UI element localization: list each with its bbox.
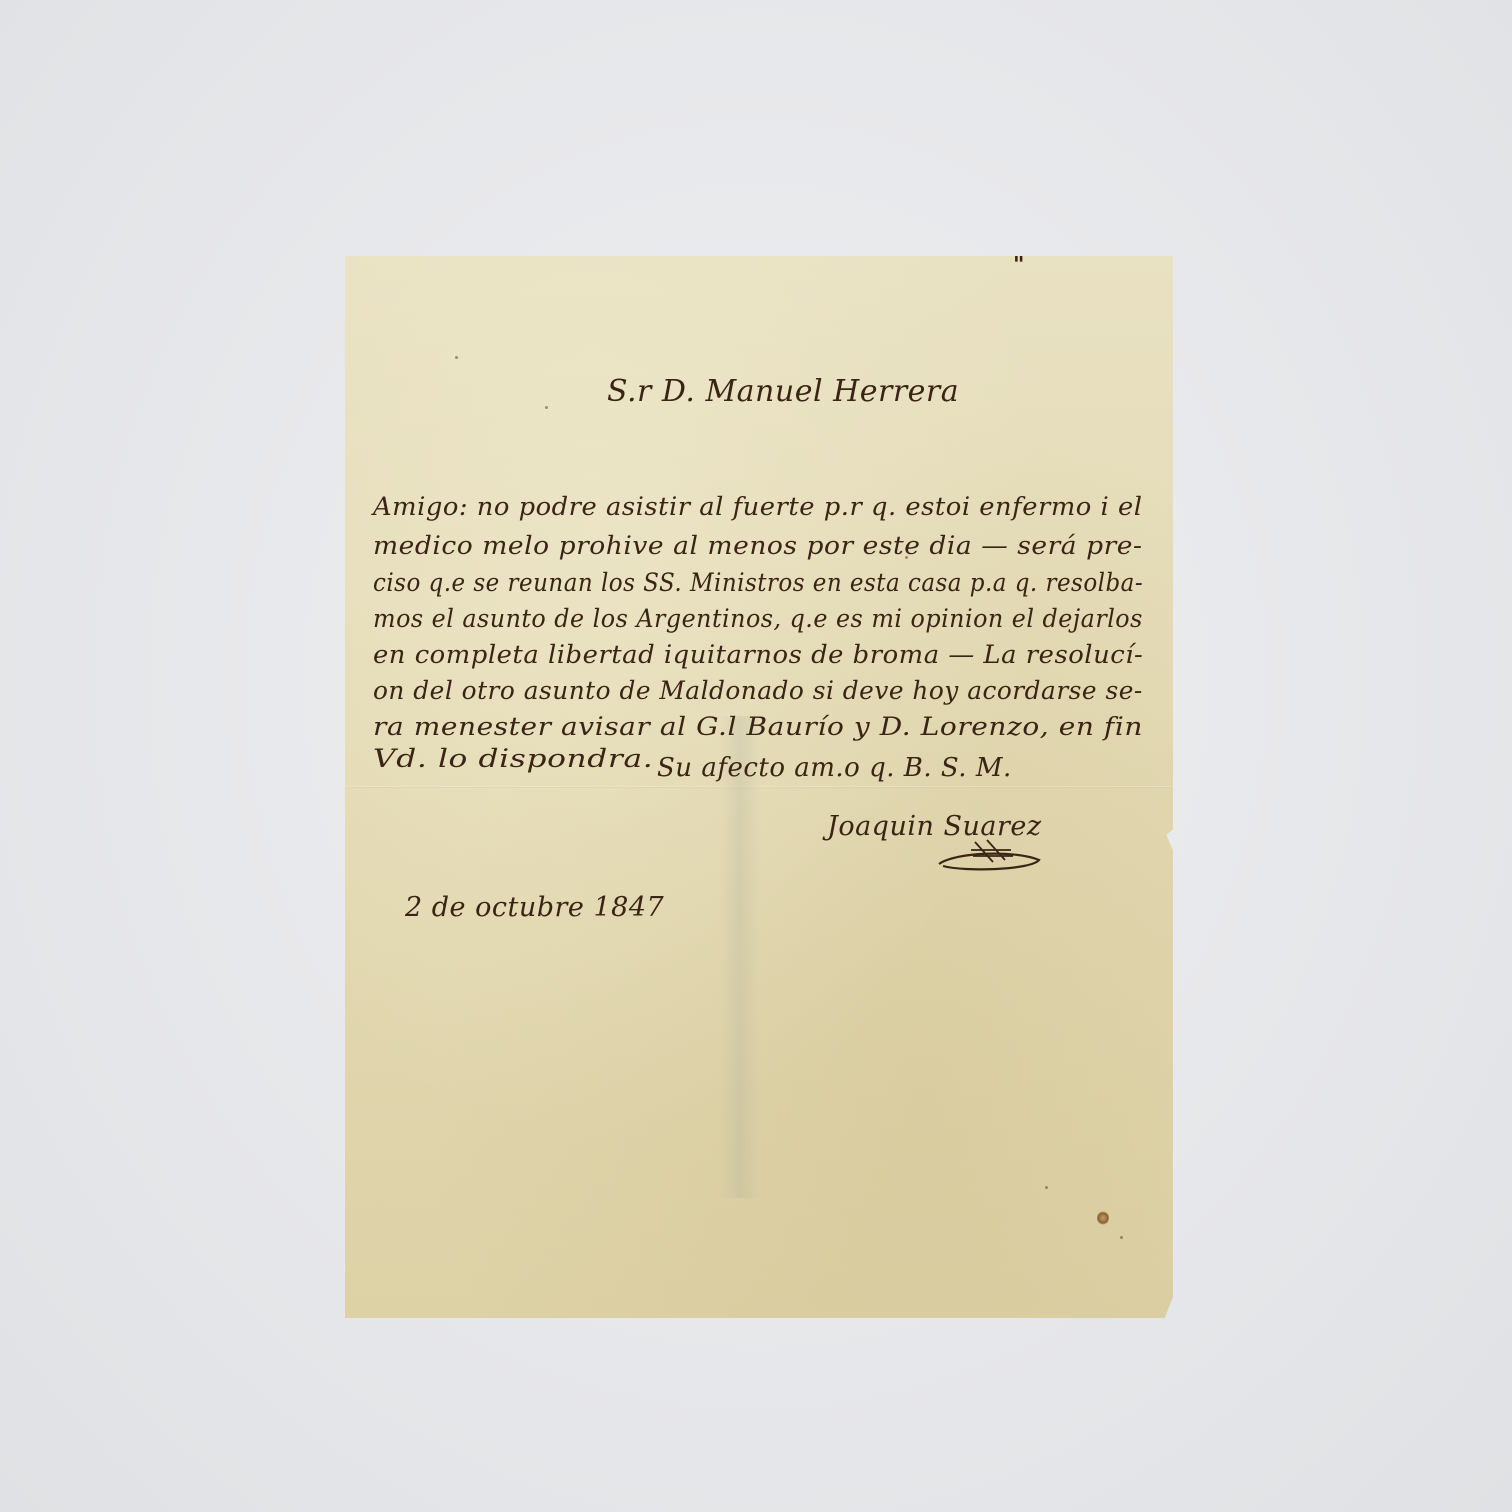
paper-speck [455, 356, 458, 359]
body-line: Vd. lo dispondra. [373, 744, 653, 773]
photo-background: " S.r D. Manuel Herrera Amigo: no podre … [0, 0, 1512, 1512]
corner-mark: " [1013, 252, 1025, 278]
letter-document: " S.r D. Manuel Herrera Amigo: no podre … [345, 256, 1173, 1318]
paper-speck [1045, 1186, 1048, 1189]
body-line: medico melo prohive al menos por este di… [373, 531, 1143, 560]
paper-speck [545, 406, 548, 409]
body-line: on del otro asunto de Maldonado si deve … [373, 676, 1143, 705]
body-line: ra menester avisar al G.l Baurío y D. Lo… [373, 712, 1143, 741]
closing-phrase: Su afecto am.o q. B. S. M. [657, 753, 1012, 783]
body-line: Amigo: no podre asistir al fuerte p.r q.… [373, 492, 1143, 521]
paper-fold-vertical [720, 716, 760, 1198]
letter-date: 2 de octubre 1847 [405, 892, 664, 923]
body-line: en completa libertad iquitarnos de broma… [373, 640, 1143, 669]
body-line: mos el asunto de los Argentinos, q.e es … [373, 604, 1143, 633]
body-line: ciso q.e se reunan los SS. Ministros en … [373, 568, 1143, 597]
salutation: S.r D. Manuel Herrera [607, 374, 959, 409]
paper-stain [1097, 1211, 1109, 1225]
paper-speck [1120, 1236, 1123, 1239]
signature-rubric-icon [935, 834, 1045, 874]
